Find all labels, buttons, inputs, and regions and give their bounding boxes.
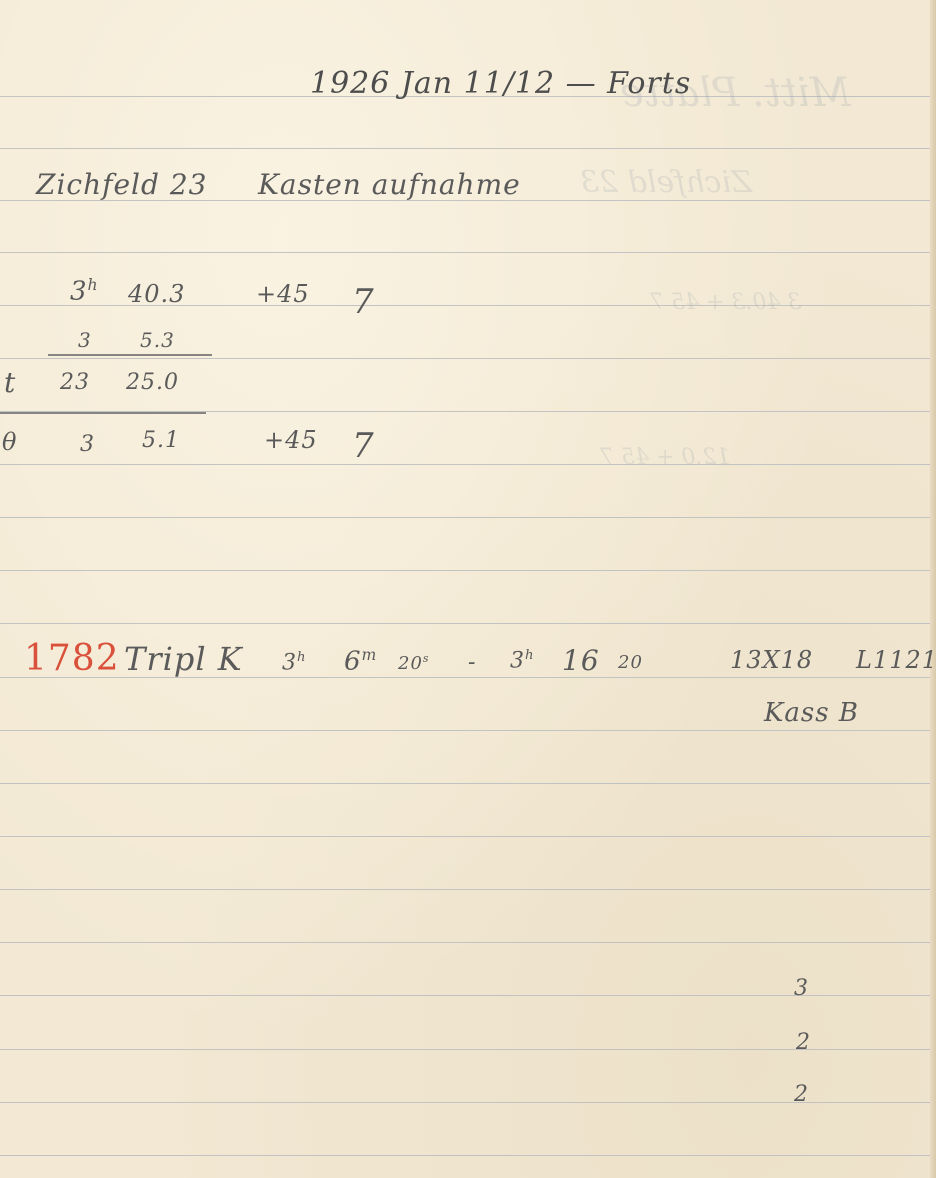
sum-underline [48,354,212,356]
ruled-line [0,1155,930,1156]
margin-number: 2 [794,1082,809,1107]
margin-number: 3 [794,976,809,1001]
calc-hours: 3h [70,276,99,307]
calc-hours: 3 [78,328,92,352]
page-edge [930,0,936,1178]
row-label: θ [2,428,17,456]
calc-offset: +45 [256,280,310,308]
date-heading: 1926 Jan 11/12 — Forts [310,66,691,101]
field-label: Zichfeld 23 [36,168,207,201]
end-hours: 3h [510,648,535,673]
calc-hours: 23 [60,370,90,395]
ruled-line [0,730,930,731]
plate-id: L1121 [856,646,936,674]
bleed-through-text: 3 40.3 + 45 7 [650,290,801,315]
ruled-line [0,570,930,571]
ruled-line [0,517,930,518]
ruled-line [0,889,930,890]
calc-value: 7 [352,426,375,466]
calc-offset: +45 [264,426,318,454]
bleed-through-text: 12.0 + 45 7 [600,445,730,470]
ruled-line [0,942,930,943]
time-dash: - [468,650,476,675]
plate-size: 13X18 [730,646,813,674]
end-minutes: 16 [562,644,600,677]
ruled-line [0,464,930,465]
calc-minutes: 5.1 [142,428,180,453]
ruled-line [0,836,930,837]
ruled-line [0,995,930,996]
calc-minutes: 40.3 [128,280,185,308]
ruled-line [0,783,930,784]
start-minutes: 6m [344,646,377,677]
ruled-line [0,358,930,359]
entry-number: 1782 [24,638,120,679]
sum-underline [0,412,206,414]
ruled-line [0,1049,930,1050]
ruled-line [0,1102,930,1103]
calc-minutes: 25.0 [126,370,179,395]
camera-label: Kass B [764,698,859,728]
ruled-line [0,623,930,624]
end-seconds: 20 [618,652,643,673]
recording-title: Kasten aufnahme [258,168,521,201]
ruled-line [0,252,930,253]
start-hours: 3h [282,650,307,675]
object-name: Tripl K [124,640,243,678]
bleed-through-text: Zichfeld 23 [580,165,752,200]
calc-value: 7 [352,282,375,322]
margin-number: 2 [796,1030,811,1055]
calc-hours: 3 [80,432,95,457]
calc-minutes: 5.3 [140,328,175,352]
row-label: t [4,366,16,399]
notebook-page: Mitt. Platte Zichfeld 23 3 40.3 + 45 7 1… [0,0,936,1178]
ruled-line [0,148,930,149]
start-seconds: 20s [398,652,429,674]
